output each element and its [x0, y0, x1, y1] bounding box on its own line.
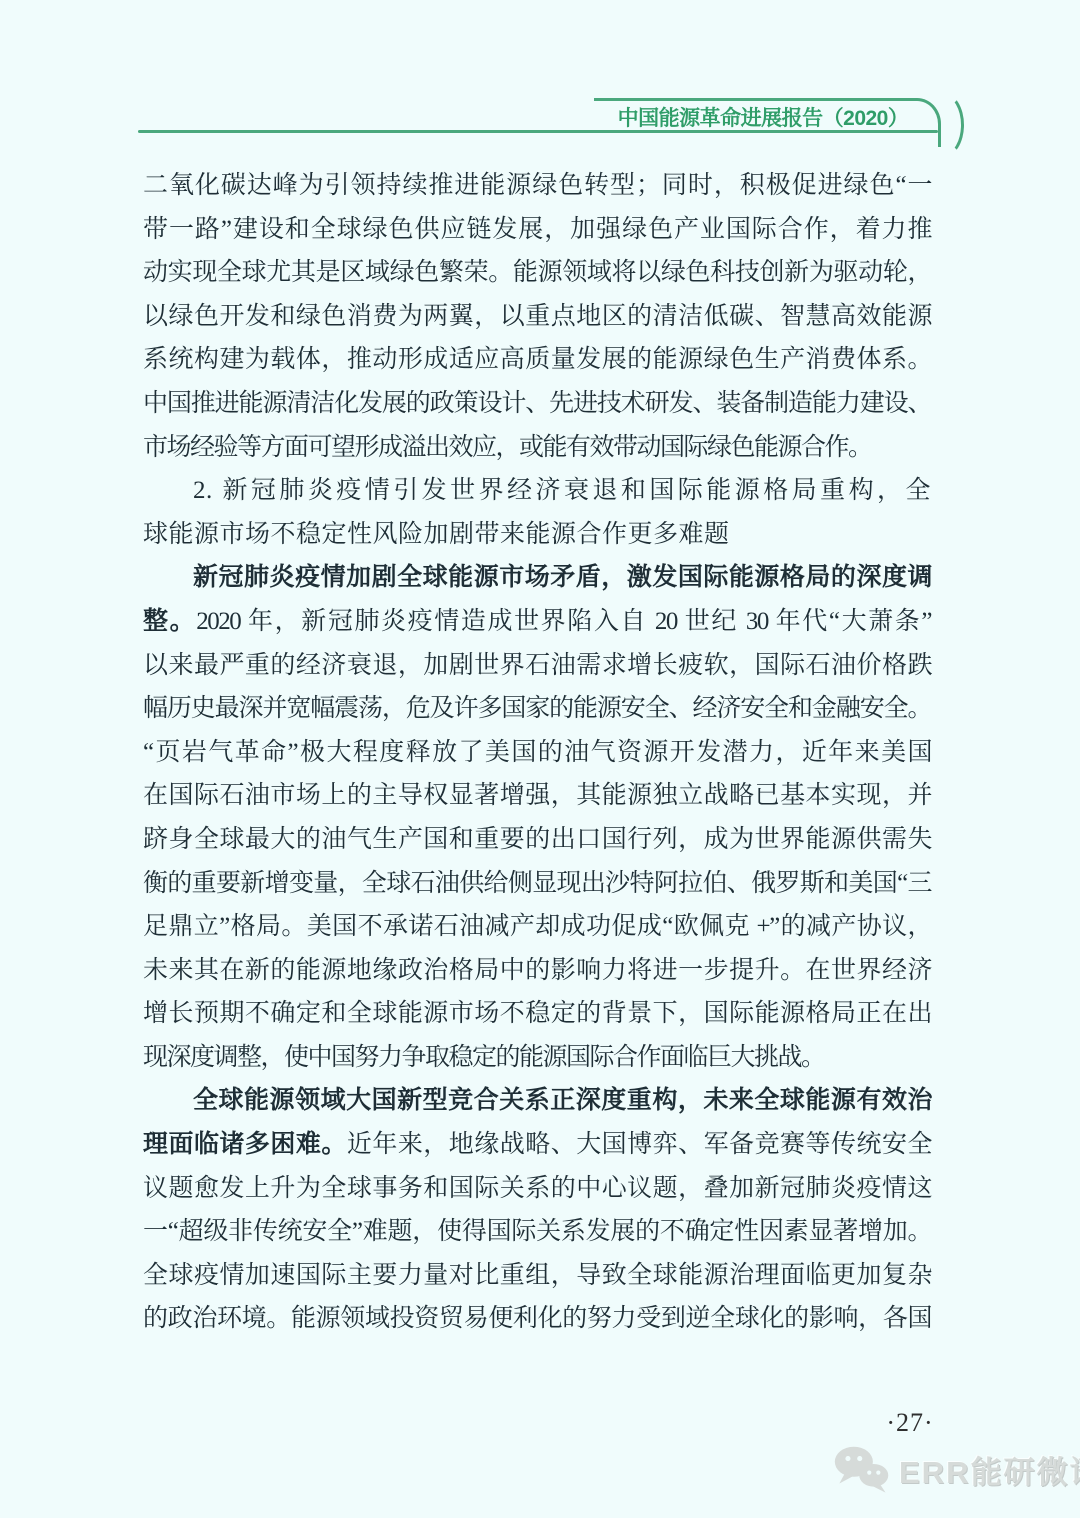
- text-line: 议题愈发上升为全球事务和国际关系的中心议题，叠加新冠肺炎疫情这: [143, 1167, 931, 1211]
- page-number: ·27·: [860, 1408, 960, 1438]
- text-segment: 新冠肺炎疫情加剧全球能源市场矛盾，激发国际能源格局的深度调: [193, 564, 931, 591]
- text-segment: 理面临诸多困难。: [143, 1131, 347, 1158]
- watermark: ERR能研微讯: [833, 1444, 1080, 1494]
- text-line: 在国际石油市场上的主导权显著增强，其能源独立战略已基本实现，并: [143, 774, 931, 818]
- page-content: 二氧化碳达峰为引领持续推进能源绿色转型；同时，积极促进绿色“一带一路”建设和全球…: [143, 164, 931, 1341]
- text-line: 一“超级非传统安全”难题，使得国际关系发展的不确定性因素显著增加。: [143, 1210, 931, 1254]
- text-segment: 动实现全球尤其是区域绿色繁荣。能源领域将以绿色科技创新为驱动轮，: [143, 259, 931, 286]
- text-line: 以来最严重的经济衰退，加剧世界石油需求增长疲软，国际石油价格跌: [143, 644, 931, 688]
- text-segment: 2. 新冠肺炎疫情引发世界经济衰退和国际能源格局重构，全: [193, 477, 931, 504]
- text-segment: 一“超级非传统安全”难题，使得国际关系发展的不确定性因素显著增加。: [143, 1218, 931, 1245]
- text-segment: 衡的重要新增变量，全球石油供给侧显现出沙特阿拉伯、俄罗斯和美国“三: [143, 870, 931, 897]
- text-segment: 议题愈发上升为全球事务和国际关系的中心议题，叠加新冠肺炎疫情这: [143, 1175, 931, 1202]
- text-line: 全球能源领域大国新型竞合关系正深度重构，未来全球能源有效治: [143, 1079, 931, 1123]
- text-segment: 以来最严重的经济衰退，加剧世界石油需求增长疲软，国际石油价格跌: [143, 652, 931, 679]
- wechat-icon: [833, 1444, 891, 1494]
- text-line: 足鼎立”格局。美国不承诺石油减产却成功促成“欧佩克 +”的减产协议，: [143, 905, 931, 949]
- text-segment: 跻身全球最大的油气生产国和重要的出口国行列，成为世界能源供需失: [143, 826, 931, 853]
- text-line: 系统构建为载体，推动形成适应高质量发展的能源绿色生产消费体系。: [143, 338, 931, 382]
- text-segment: 球能源市场不稳定性风险加剧带来能源合作更多难题: [143, 521, 730, 548]
- text-line: 衡的重要新增变量，全球石油供给侧显现出沙特阿拉伯、俄罗斯和美国“三: [143, 862, 931, 906]
- header-outer-arc: [924, 93, 964, 157]
- text-segment: 足鼎立”格局。美国不承诺石油减产却成功促成“欧佩克 +”的减产协议，: [143, 913, 931, 940]
- text-line: “页岩气革命”极大程度释放了美国的油气资源开发潜力，近年来美国: [143, 731, 931, 775]
- text-segment: 未来其在新的能源地缘政治格局中的影响力将进一步提升。在世界经济: [143, 957, 931, 984]
- text-segment: 现深度调整，使中国努力争取稳定的能源国际合作面临巨大挑战。: [143, 1044, 825, 1071]
- text-line: 2. 新冠肺炎疫情引发世界经济衰退和国际能源格局重构，全: [143, 469, 931, 513]
- text-segment: 全球疫情加速国际主要力量对比重组，导致全球能源治理面临更加复杂: [143, 1262, 931, 1289]
- text-segment: 二氧化碳达峰为引领持续推进能源绿色转型；同时，积极促进绿色“一: [143, 172, 931, 199]
- text-segment: 增长预期不确定和全球能源市场不稳定的背景下，国际能源格局正在出: [143, 1000, 931, 1027]
- text-line: 以绿色开发和绿色消费为两翼，以重点地区的清洁低碳、智慧高效能源: [143, 295, 931, 339]
- text-line: 跻身全球最大的油气生产国和重要的出口国行列，成为世界能源供需失: [143, 818, 931, 862]
- text-line: 现深度调整，使中国努力争取稳定的能源国际合作面临巨大挑战。: [143, 1036, 931, 1080]
- text-segment: “页岩气革命”极大程度释放了美国的油气资源开发潜力，近年来美国: [143, 739, 931, 766]
- text-segment: 2020 年，新冠肺炎疫情造成世界陷入自 20 世纪 30 年代“大萧条”: [196, 608, 931, 635]
- report-page: 中国能源革命进展报告（2020） 二氧化碳达峰为引领持续推进能源绿色转型；同时，…: [0, 0, 1080, 1518]
- text-line: 新冠肺炎疫情加剧全球能源市场矛盾，激发国际能源格局的深度调: [143, 556, 931, 600]
- text-line: 整。2020 年，新冠肺炎疫情造成世界陷入自 20 世纪 30 年代“大萧条”: [143, 600, 931, 644]
- text-line: 市场经验等方面可望形成溢出效应，或能有效带动国际绿色能源合作。: [143, 426, 931, 470]
- text-line: 理面临诸多困难。近年来，地缘战略、大国博弈、军备竞赛等传统安全: [143, 1123, 931, 1167]
- text-line: 的政治环境。能源领域投资贸易便利化的努力受到逆全球化的影响，各国: [143, 1297, 931, 1341]
- text-segment: 在国际石油市场上的主导权显著增强，其能源独立战略已基本实现，并: [143, 782, 931, 809]
- text-line: 带一路”建设和全球绿色供应链发展，加强绿色产业国际合作，着力推: [143, 208, 931, 252]
- text-segment: 系统构建为载体，推动形成适应高质量发展的能源绿色生产消费体系。: [143, 346, 931, 373]
- text-segment: 全球能源领域大国新型竞合关系正深度重构，未来全球能源有效治: [193, 1087, 931, 1114]
- text-line: 动实现全球尤其是区域绿色繁荣。能源领域将以绿色科技创新为驱动轮，: [143, 251, 931, 295]
- text-segment: 以绿色开发和绿色消费为两翼，以重点地区的清洁低碳、智慧高效能源: [143, 303, 931, 330]
- text-line: 全球疫情加速国际主要力量对比重组，导致全球能源治理面临更加复杂: [143, 1254, 931, 1298]
- text-line: 幅历史最深并宽幅震荡，危及许多国家的能源安全、经济安全和金融安全。: [143, 687, 931, 731]
- text-segment: 的政治环境。能源领域投资贸易便利化的努力受到逆全球化的影响，各国: [143, 1305, 931, 1332]
- text-line: 球能源市场不稳定性风险加剧带来能源合作更多难题: [143, 513, 931, 557]
- watermark-text: ERR能研微讯: [899, 1447, 1080, 1492]
- text-segment: 近年来，地缘战略、大国博弈、军备竞赛等传统安全: [347, 1131, 931, 1158]
- text-segment: 中国推进能源清洁化发展的政策设计、先进技术研发、装备制造能力建设、: [143, 390, 931, 417]
- page-header: 中国能源革命进展报告（2020）: [0, 0, 1080, 160]
- report-title: 中国能源革命进展报告（2020）: [596, 102, 930, 132]
- text-line: 未来其在新的能源地缘政治格局中的影响力将进一步提升。在世界经济: [143, 949, 931, 993]
- text-segment: 幅历史最深并宽幅震荡，危及许多国家的能源安全、经济安全和金融安全。: [143, 695, 931, 722]
- text-segment: 市场经验等方面可望形成溢出效应，或能有效带动国际绿色能源合作。: [143, 434, 872, 461]
- text-segment: 整。: [143, 608, 196, 635]
- text-line: 二氧化碳达峰为引领持续推进能源绿色转型；同时，积极促进绿色“一: [143, 164, 931, 208]
- text-segment: 带一路”建设和全球绿色供应链发展，加强绿色产业国际合作，着力推: [143, 216, 931, 243]
- text-line: 中国推进能源清洁化发展的政策设计、先进技术研发、装备制造能力建设、: [143, 382, 931, 426]
- text-line: 增长预期不确定和全球能源市场不稳定的背景下，国际能源格局正在出: [143, 992, 931, 1036]
